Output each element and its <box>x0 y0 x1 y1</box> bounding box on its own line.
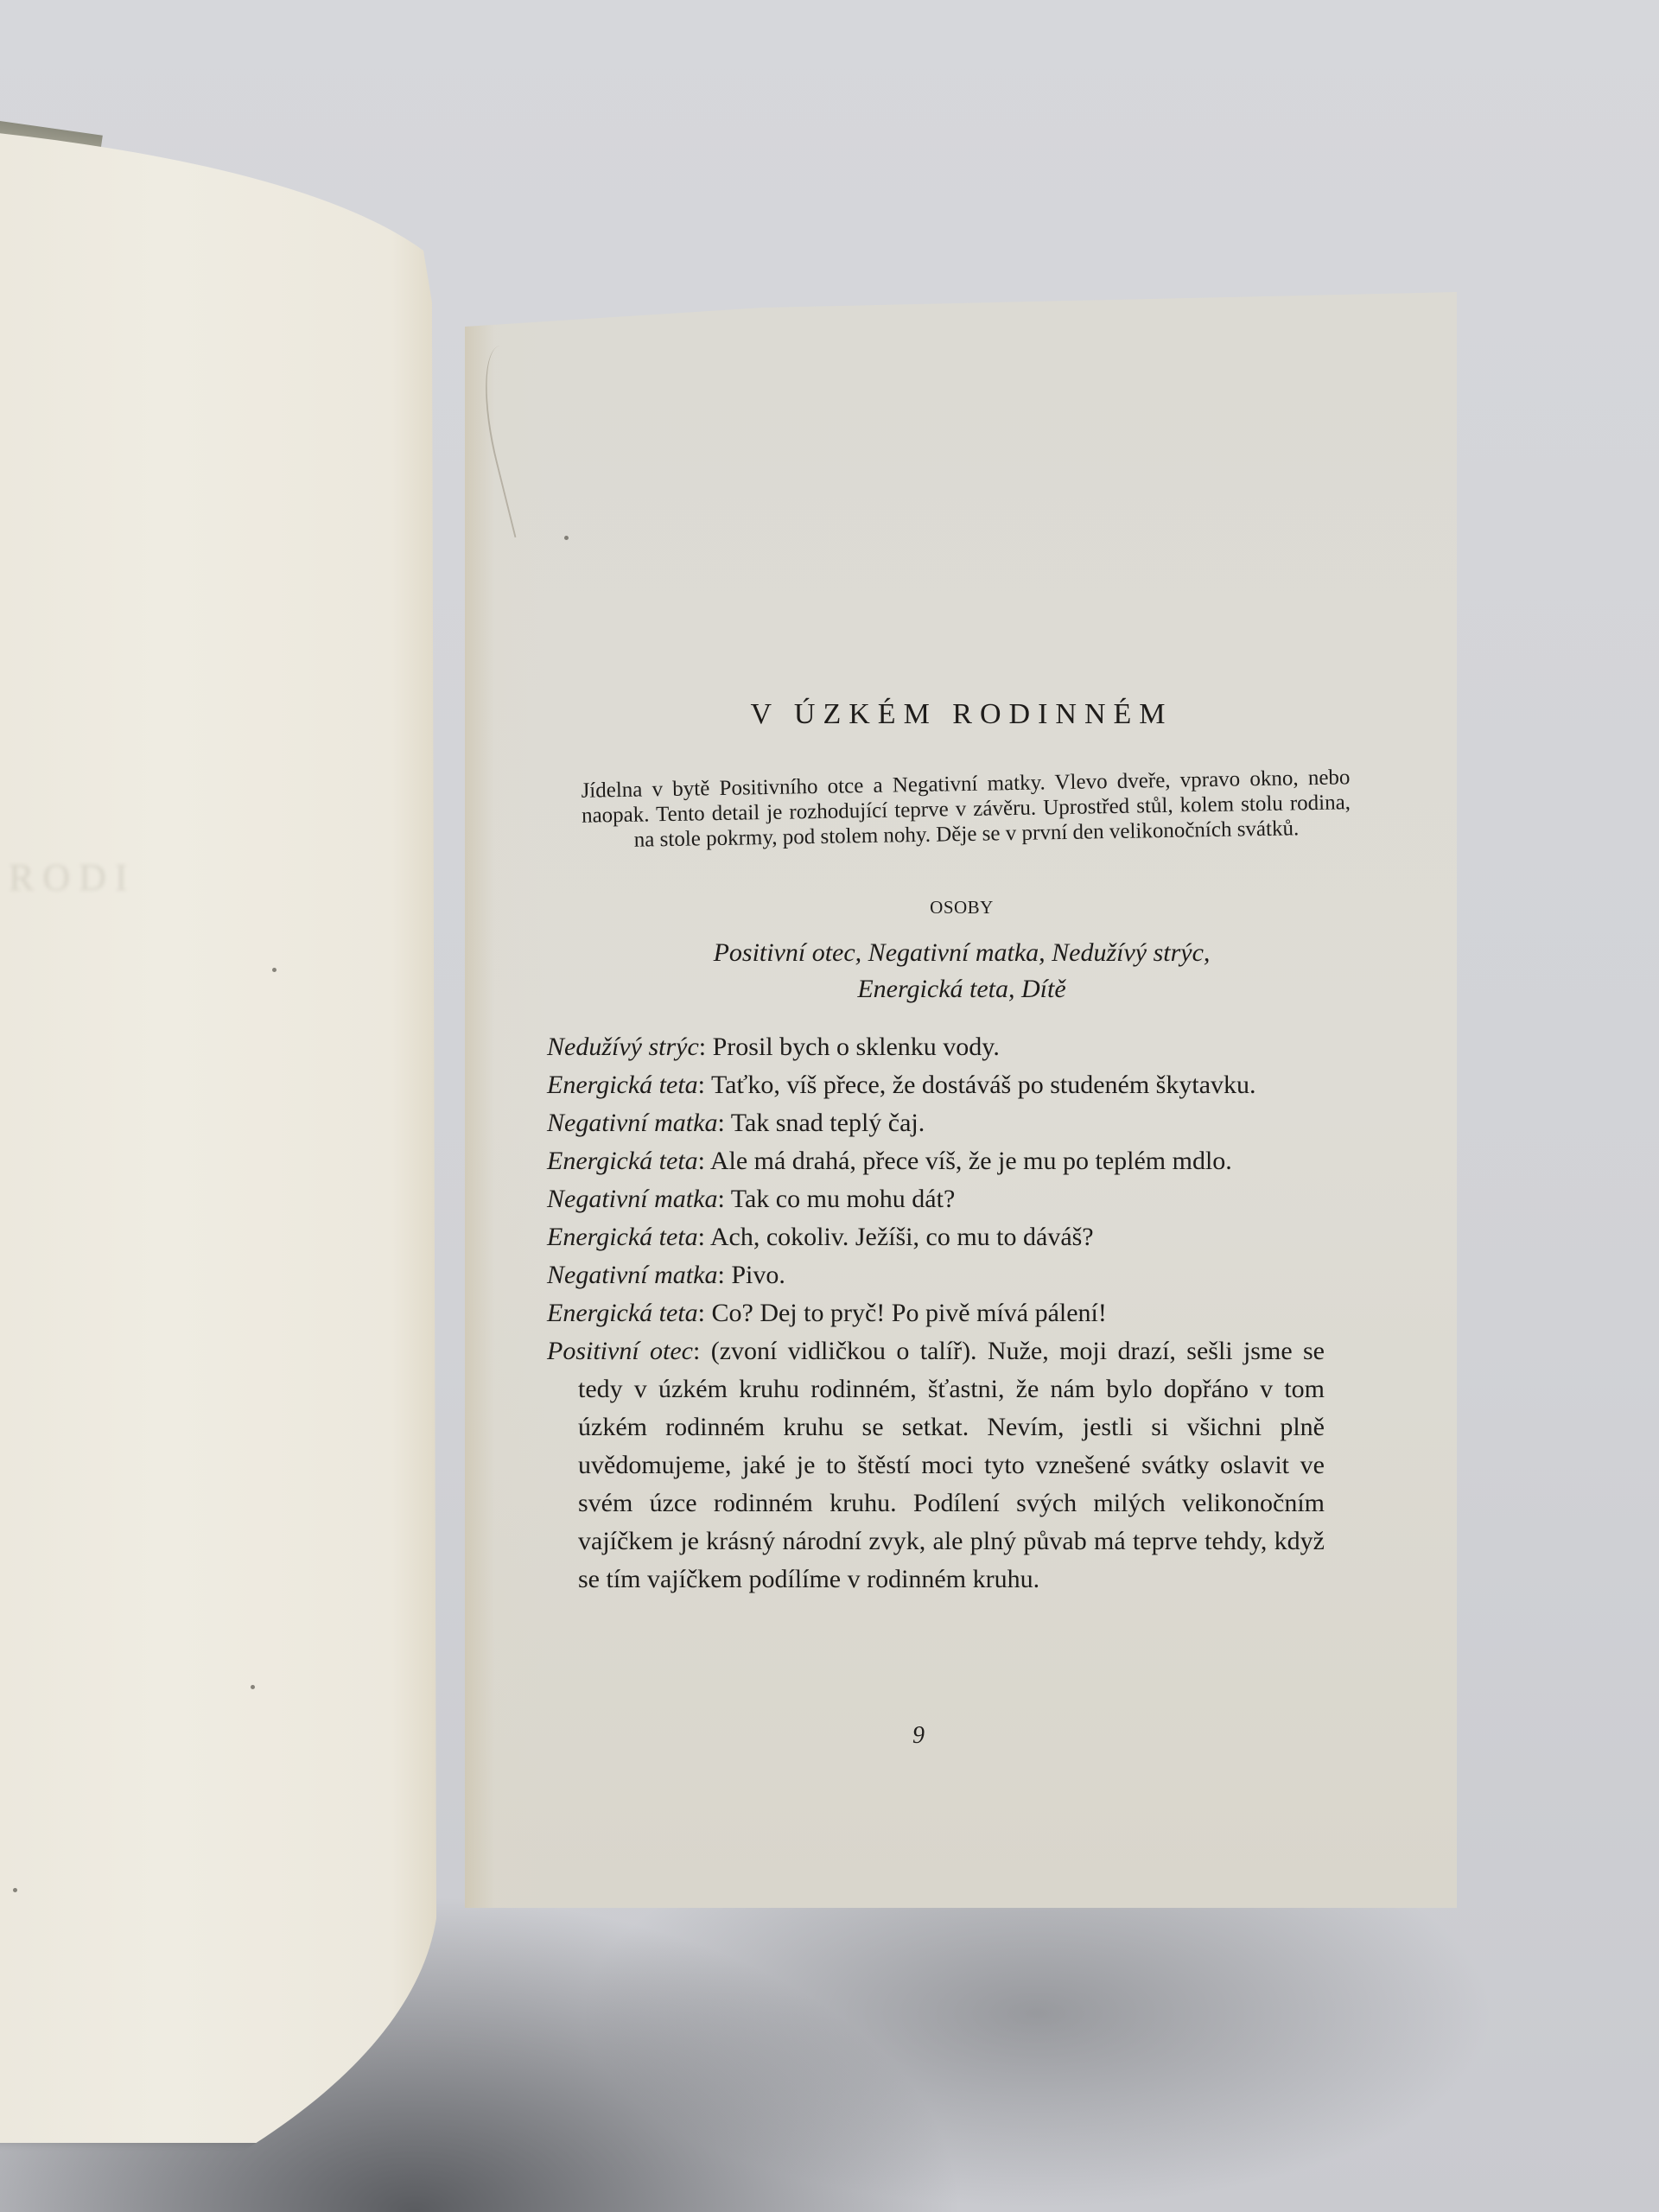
dialogue-line: Energická tetaAle má drahá, přece víš, ž… <box>547 1142 1325 1180</box>
page-number: 9 <box>547 1722 1290 1750</box>
cast-list: Positivní otec, Negativní matka, Nedužív… <box>547 935 1376 1007</box>
dialogue-line: Nedužívý strýcProsil bych o sklenku vody… <box>547 1028 1325 1066</box>
dialogue-line: Negativní matkaTak snad teplý čaj. <box>547 1104 1325 1142</box>
chapter-title: V ÚZKÉM RODINNÉM <box>547 698 1376 731</box>
paper-speck <box>272 968 276 972</box>
speech-text: Ach, cokoliv. Ježíši, co mu to dáváš? <box>710 1223 1094 1251</box>
speech-text: Pivo. <box>731 1261 785 1289</box>
dialogue-line: Negativní matkaPivo. <box>547 1256 1325 1294</box>
speaker-name: Energická teta <box>547 1299 712 1327</box>
speaker-name: Negativní matka <box>547 1185 731 1213</box>
speaker-name: Positivní otec <box>547 1337 711 1365</box>
left-page: RODI <box>0 130 467 2143</box>
page-crease <box>468 340 566 537</box>
cast-heading: OSOBY <box>547 897 1376 918</box>
dialogue-line: Positivní otec(zvoní vidličkou o talíř).… <box>547 1332 1325 1599</box>
dialogue-line: Energická tetaCo? Dej to pryč! Po pivě m… <box>547 1294 1325 1332</box>
speaker-name: Energická teta <box>547 1223 710 1251</box>
dialogue-line: Negativní matkaTak co mu mohu dát? <box>547 1180 1325 1218</box>
speech-text: (zvoní vidličkou o talíř). Nuže, moji dr… <box>578 1337 1325 1593</box>
speech-text: Tak co mu mohu dát? <box>731 1185 956 1213</box>
cast-list-line: Energická teta, Dítě <box>857 975 1065 1003</box>
speaker-name: Negativní matka <box>547 1109 731 1137</box>
speaker-name: Nedužívý strýc <box>547 1033 713 1061</box>
speaker-name: Negativní matka <box>547 1261 731 1289</box>
paper-speck <box>251 1685 255 1689</box>
dialogue-line: Energická tetaTaťko, víš přece, že dostá… <box>547 1066 1325 1104</box>
paper-speck <box>13 1888 17 1892</box>
paper-speck <box>564 536 569 540</box>
speech-text: Prosil bych o sklenku vody. <box>713 1033 1000 1061</box>
right-page: V ÚZKÉM RODINNÉM Jídelna v bytě Positivn… <box>465 292 1457 1908</box>
speech-text: Tak snad teplý čaj. <box>731 1109 925 1137</box>
speech-text: Co? Dej to pryč! Po pivě mívá pálení! <box>712 1299 1107 1327</box>
speech-text: Taťko, víš přece, že dostáváš po studené… <box>711 1071 1256 1099</box>
speech-text: Ale má drahá, přece víš, že je mu po tep… <box>710 1147 1232 1175</box>
left-page-show-through-text: RODI <box>9 855 137 899</box>
speaker-name: Energická teta <box>547 1147 710 1175</box>
dialogue-line: Energická tetaAch, cokoliv. Ježíši, co m… <box>547 1218 1325 1256</box>
stage-direction: Jídelna v bytě Positivního otce a Negati… <box>581 765 1351 854</box>
speaker-name: Energická teta <box>547 1071 711 1099</box>
cast-list-line: Positivní otec, Negativní matka, Nedužív… <box>714 938 1211 967</box>
dialogue: Nedužívý strýcProsil bych o sklenku vody… <box>547 1028 1325 1599</box>
